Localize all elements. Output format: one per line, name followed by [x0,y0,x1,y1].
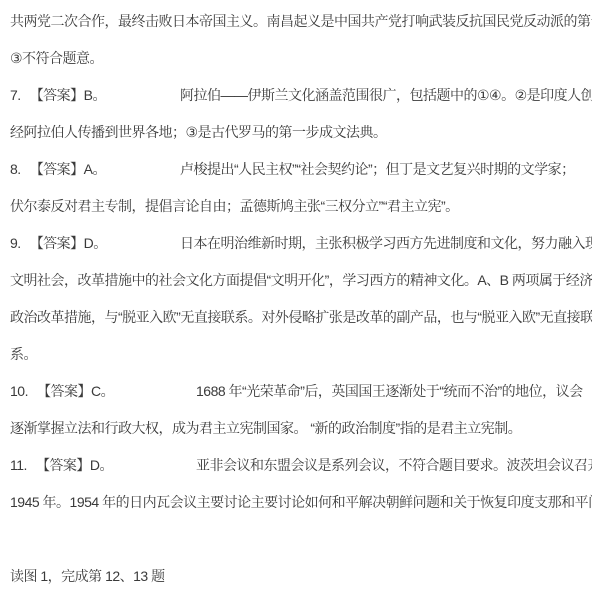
answer-line: 8.【答案】A。卢梭提出“人民主权”“社会契约论”；但丁是文艺复兴时期的文学家； [10,151,592,188]
question-number: 7. [10,77,21,114]
question-number: 11. [10,447,27,484]
text-line: 读图 1，完成第 12、13 题 [10,558,592,593]
answer-line: 7.【答案】B。阿拉伯——伊斯兰文化涵盖范围很广，包括题中的①④。②是印度人创制… [10,77,592,114]
answer-explanation: 阿拉伯——伊斯兰文化涵盖范围很广，包括题中的①④。②是印度人创制， [180,77,592,114]
answer-explanation: 日本在明治维新时期，主张积极学习西方先进制度和文化，努力融入现代 [180,225,592,262]
answer-explanation: 1688 年“光荣革命”后，英国国王逐渐处于“统而不治”的地位，议会 [196,373,583,410]
text-line: 伏尔泰反对君主专制，提倡言论自由；孟德斯鸠主张“三权分立”“君主立宪”。 [10,188,592,225]
text-line: 逐渐掌握立法和行政大权，成为君主立宪制国家。 “新的政治制度”指的是君主立宪制。 [10,410,592,447]
text-line: 文明社会，改革措施中的社会文化方面提倡“文明开化”，学习西方的精神文化。A、B … [10,262,592,299]
question-number: 10. [10,373,28,410]
answer-explanation: 亚非会议和东盟会议是系列会议，不符合题目要求。波茨坦会议召开于 [196,447,592,484]
answer-line: 10.【答案】C。1688 年“光荣革命”后，英国国王逐渐处于“统而不治”的地位… [10,373,592,410]
document-page: 共两党二次合作，最终击败日本帝国主义。南昌起义是中国共产党打响武装反抗国民党反动… [0,0,600,593]
question-number: 9. [10,225,21,262]
blank-line [10,521,592,558]
text-line: 1945 年。1954 年的日内瓦会议主要讨论主要讨论如何和平解决朝鲜问题和关于… [10,484,592,521]
text-line: 经阿拉伯人传播到世界各地；③是古代罗马的第一步成文法典。 [10,114,592,151]
question-number: 8. [10,151,21,188]
text-line: ③不符合题意。 [10,40,592,77]
answer-label: 【答案】C。 [37,383,114,399]
answer-label: 【答案】A。 [30,161,106,177]
text-line: 共两党二次合作，最终击败日本帝国主义。南昌起义是中国共产党打响武装反抗国民党反动… [10,3,592,40]
answer-label: 【答案】D。 [30,235,107,251]
answer-line: 11.【答案】D。亚非会议和东盟会议是系列会议，不符合题目要求。波茨坦会议召开于 [10,447,592,484]
answer-label: 【答案】B。 [30,87,106,103]
answer-explanation: 卢梭提出“人民主权”“社会契约论”；但丁是文艺复兴时期的文学家； [180,151,575,188]
answer-label: 【答案】D。 [36,457,113,473]
text-line: 系。 [10,336,592,373]
answer-line: 9.【答案】D。日本在明治维新时期，主张积极学习西方先进制度和文化，努力融入现代 [10,225,592,262]
text-line: 政治改革措施，与“脱亚入欧”无直接联系。对外侵略扩张是改革的副产品，也与“脱亚入… [10,299,592,336]
